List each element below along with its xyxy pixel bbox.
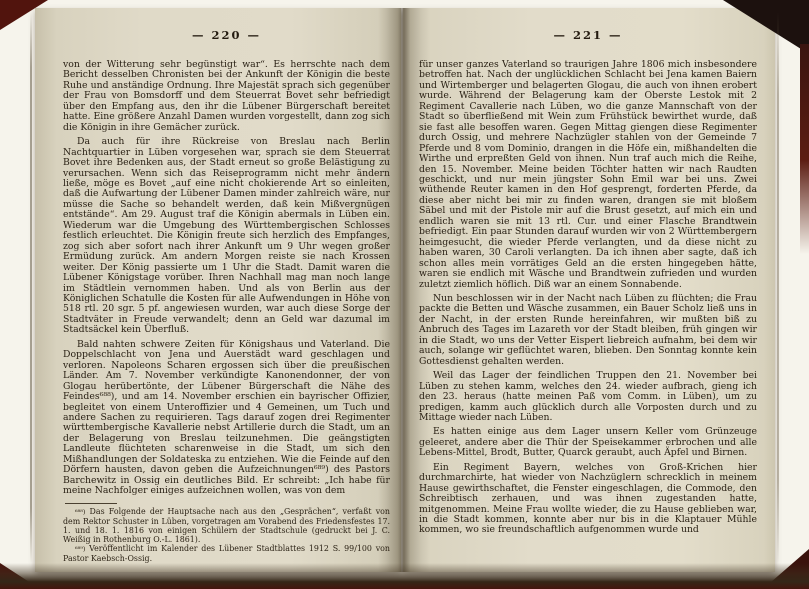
page-right-text-block: für unser ganzes Vaterland so traurigen … [419, 60, 757, 536]
page-edge-line-right [777, 12, 779, 563]
footnote-separator [65, 503, 117, 504]
paragraph: Ein Regiment Bayern, welches von Groß-Kr… [419, 463, 757, 536]
paragraph: Da auch für ihre Rückreise von Breslau n… [63, 137, 390, 336]
page-number-left: — 220 — [63, 28, 390, 42]
paragraph: Bald nahten schwere Zeiten für Königshau… [63, 340, 390, 497]
page-left: — 220 — von der Witterung sehr begünstig… [35, 8, 401, 572]
footnote: ⁶⁸⁸) Das Folgende der Hauptsache nach au… [63, 507, 390, 544]
paragraph: für unser ganzes Vaterland so traurigen … [419, 60, 757, 290]
footnote: ⁶⁸⁹) Veröffentlicht im Kalender des Lübe… [63, 544, 390, 563]
footnote-marker: ⁶⁸⁸) [75, 508, 85, 516]
book-scan: — 220 — von der Witterung sehr begünstig… [0, 0, 809, 589]
book-cover-corner-top-right [723, 0, 809, 54]
page-number-right: — 221 — [419, 28, 757, 42]
page-edge-line-left [30, 12, 32, 563]
paragraph: von der Witterung sehr begünstigt war“. … [63, 60, 390, 133]
paragraph: Nun beschlossen wir in der Nacht nach Lü… [419, 294, 757, 367]
book-cover-edge-right [800, 44, 809, 254]
book-shadow-bottom [0, 563, 809, 589]
footnote-text: Das Folgende der Hauptsache nach aus den… [63, 507, 390, 544]
footnote-marker: ⁶⁸⁹) [75, 545, 85, 553]
book-cover-corner-top-left [0, 0, 48, 30]
page-right: — 221 — für unser ganzes Vaterland so tr… [403, 8, 775, 572]
paragraph: Es hatten einige aus dem Lager unsern Ke… [419, 427, 757, 458]
footnote-text: Veröffentlicht im Kalender des Lübener S… [63, 544, 390, 563]
paragraph: Weil das Lager der feindlichen Truppen d… [419, 371, 757, 423]
page-left-text-block: von der Witterung sehr begünstigt war“. … [63, 60, 390, 563]
